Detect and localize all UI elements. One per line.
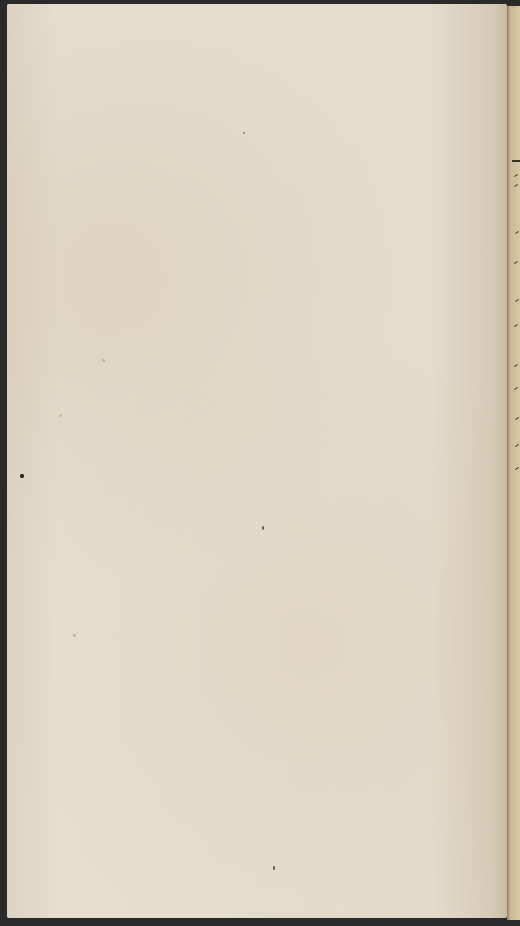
paper-speck [262, 526, 264, 530]
adjacent-page-rule [512, 160, 520, 162]
paper-speck [73, 634, 76, 637]
paper-speck [102, 359, 105, 362]
paper-speck [273, 866, 275, 870]
paper-speck [243, 132, 245, 134]
paper-speck [59, 414, 62, 417]
blank-page [7, 4, 507, 918]
adjacent-page-edge [507, 6, 520, 920]
ink-spot [20, 474, 24, 478]
